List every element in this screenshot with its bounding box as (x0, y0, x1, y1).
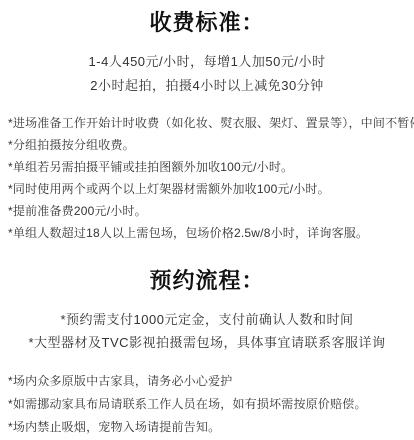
venue-rules-list: *场内众多原版中古家具，请务必小心爱护 *如需挪动家具布局请联系工作人员在场，如… (0, 370, 414, 439)
booking-summary-line: *预约需支付1000元定金，支付前确认人数和时间 (0, 308, 414, 331)
pricing-rule: *单组若另需拍摄平铺或挂拍图额外加收100元/小时。 (8, 156, 410, 178)
venue-rule: *如需挪动家具布局请联系工作人员在场，如有损坏需按原价赔偿。 (8, 393, 410, 416)
venue-rule: *场内众多原版中古家具，请务必小心爱护 (8, 370, 410, 393)
pricing-rule: *进场准备工作开始计时收费（如化妆、熨衣服、架灯、置景等），中间不暂停。 (8, 112, 410, 134)
notice-page: 收费标准： 1-4人450元/小时，每增1人加50元/小时 2小时起拍，拍摄4小… (0, 0, 414, 440)
pricing-rule: *单组人数超过18人以上需包场，包场价格2.5w/8小时，详询客服。 (8, 222, 410, 244)
pricing-rules-list: *进场准备工作开始计时收费（如化妆、熨衣服、架灯、置景等），中间不暂停。 *分组… (0, 112, 414, 244)
pricing-summary: 1-4人450元/小时，每增1人加50元/小时 2小时起拍，拍摄4小时以上减免3… (0, 50, 414, 98)
pricing-summary-line: 2小时起拍，拍摄4小时以上减免30分钟 (0, 74, 414, 98)
pricing-rule: *提前准备费200元/小时。 (8, 200, 410, 222)
pricing-summary-line: 1-4人450元/小时，每增1人加50元/小时 (0, 50, 414, 74)
pricing-rule: *分组拍摄按分组收费。 (8, 134, 410, 156)
booking-section: 预约流程： *预约需支付1000元定金，支付前确认人数和时间 *大型器材及TVC… (0, 266, 414, 439)
pricing-section-title: 收费标准： (0, 0, 414, 38)
booking-summary: *预约需支付1000元定金，支付前确认人数和时间 *大型器材及TVC影视拍摄需包… (0, 308, 414, 354)
venue-rule: *场内禁止吸烟，宠物入场请提前告知。 (8, 416, 410, 439)
booking-summary-line: *大型器材及TVC影视拍摄需包场，具体事宜请联系客服详询 (0, 331, 414, 354)
booking-section-title: 预约流程： (0, 266, 414, 296)
pricing-rule: *同时使用两个或两个以上灯架器材需额外加收100元/小时。 (8, 178, 410, 200)
pricing-section: 收费标准： 1-4人450元/小时，每增1人加50元/小时 2小时起拍，拍摄4小… (0, 0, 414, 244)
